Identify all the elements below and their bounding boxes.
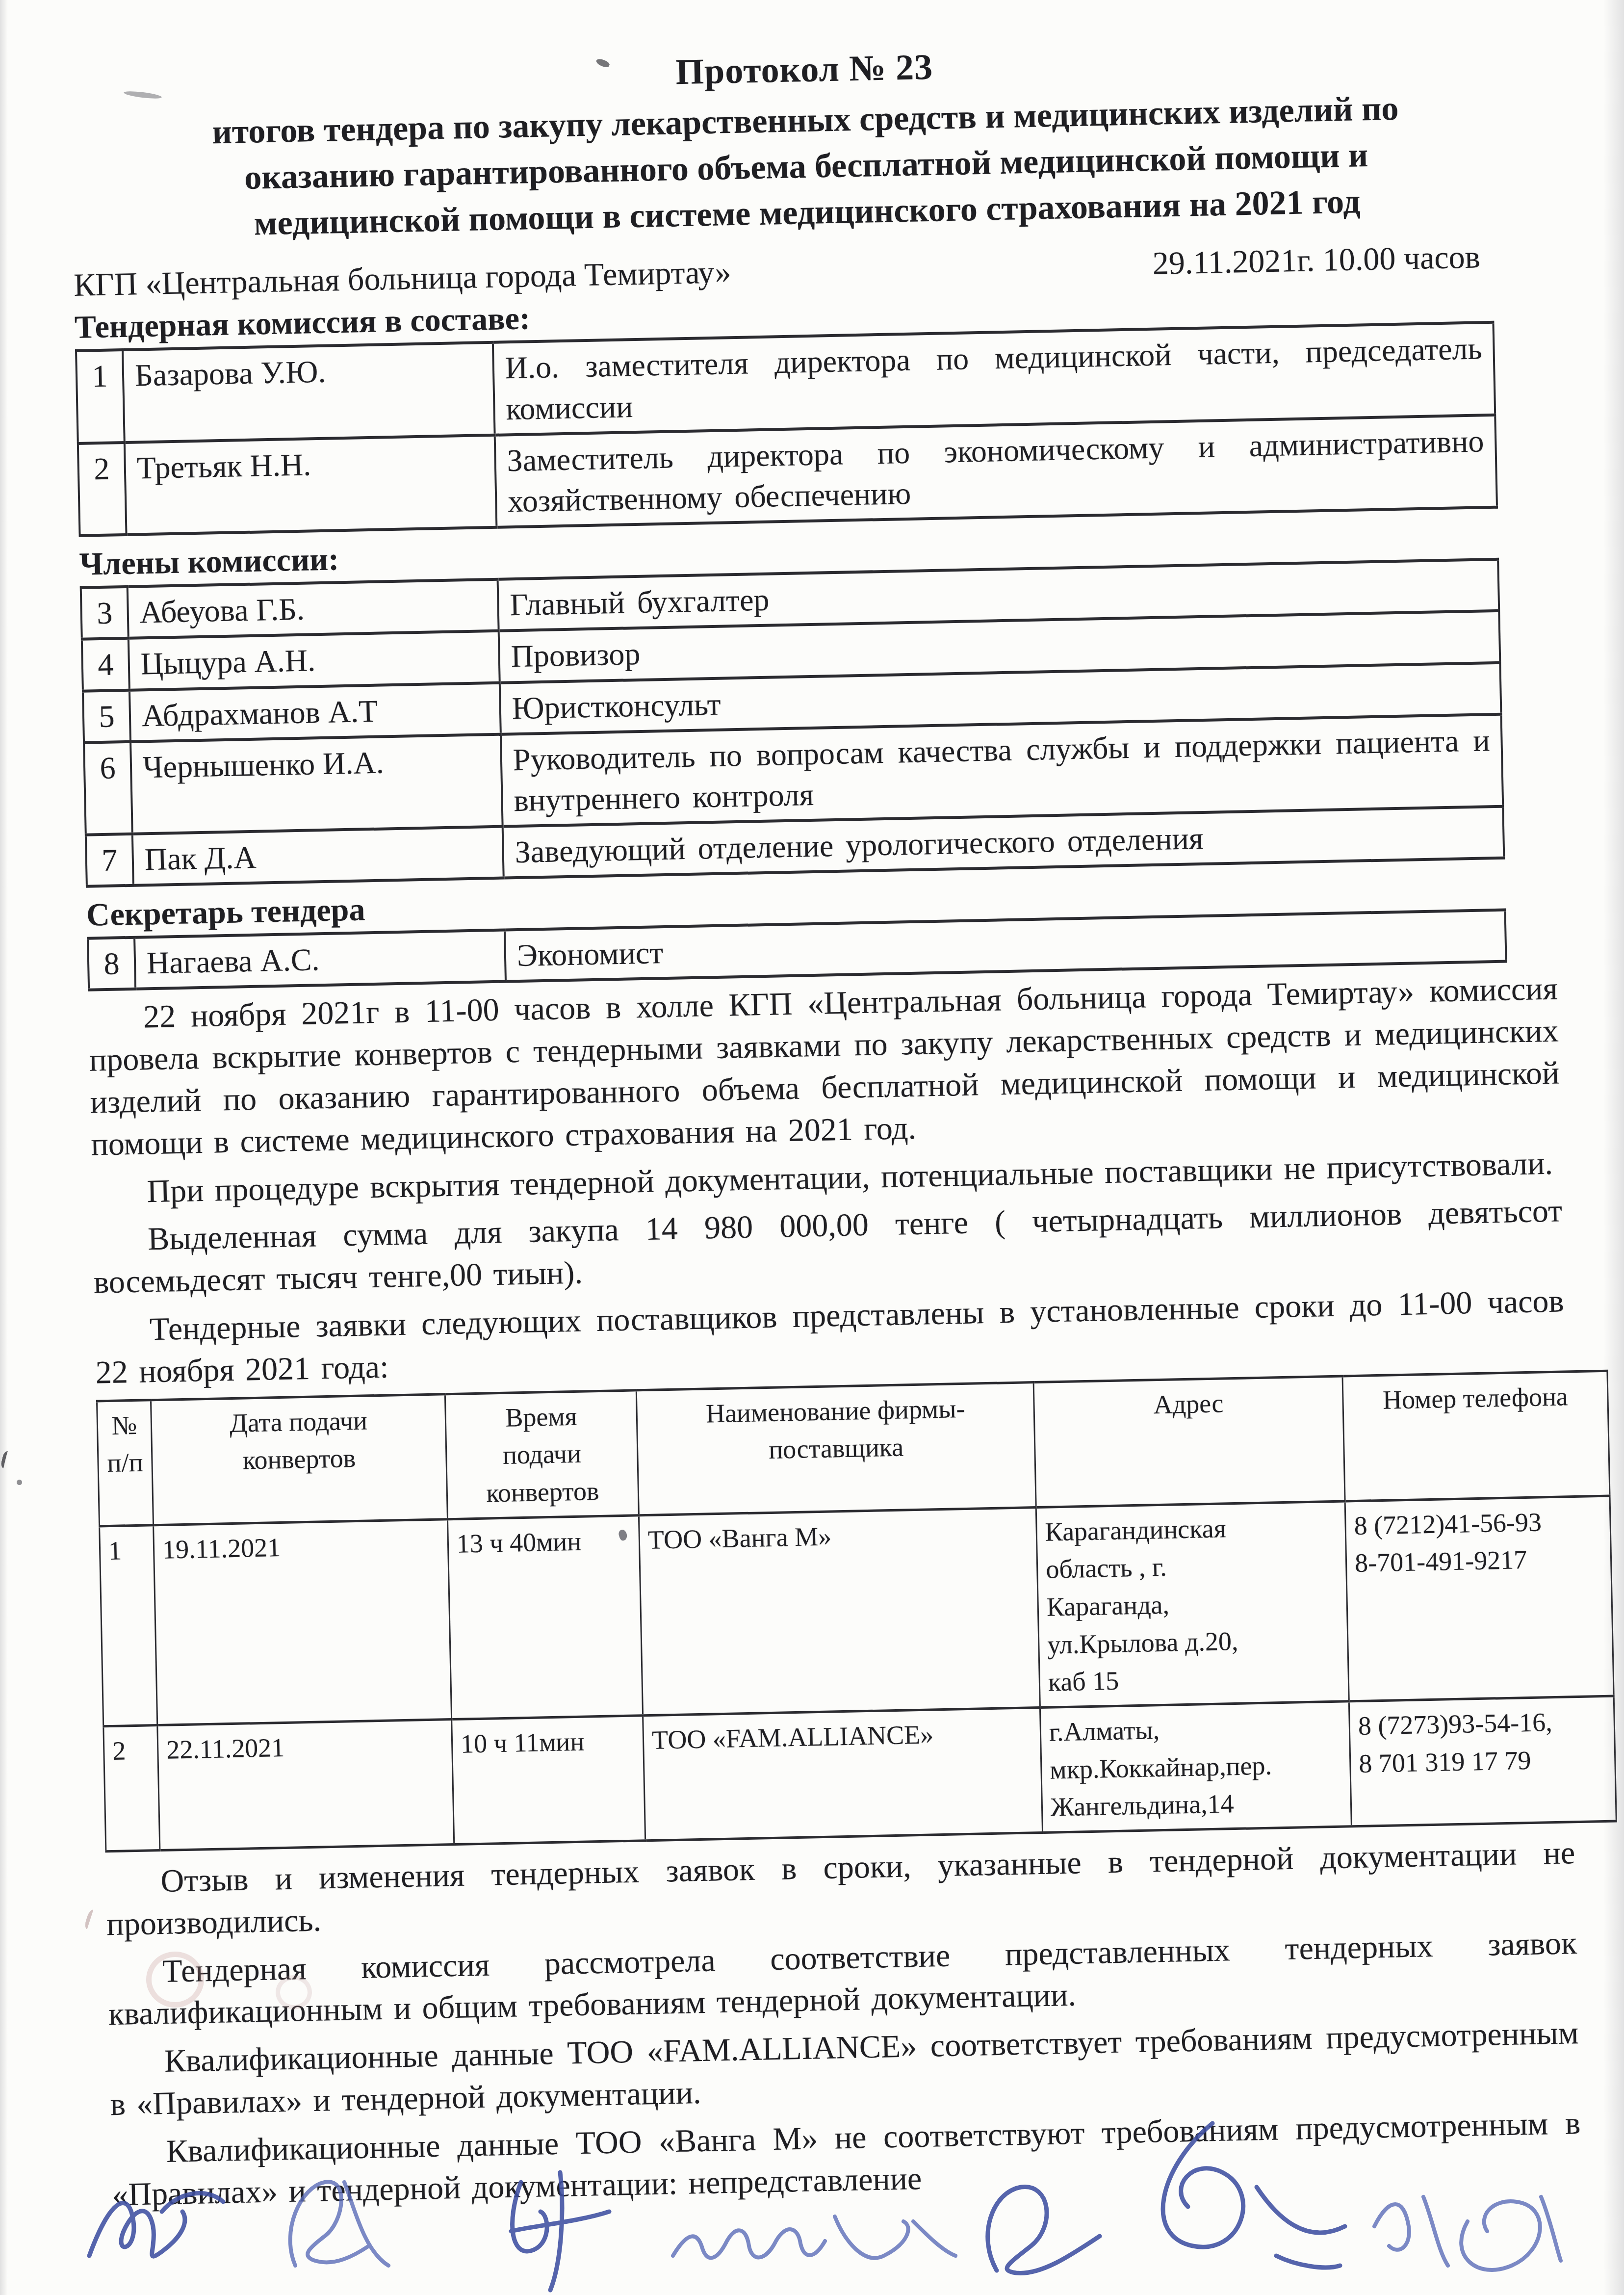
row-number-cell: 3: [81, 587, 129, 639]
supplier-phone-cell: 8 (7273)93-54-16, 8 701 319 17 79: [1349, 1696, 1616, 1826]
supplier-row: 1 19.11.2021 13 ч 40мин ТОО «Ванга М» Ка…: [100, 1496, 1614, 1726]
header-date: Дата подачи конвертов: [151, 1394, 447, 1525]
supplier-firm-cell: ТОО «FAM.ALLIANCE»: [643, 1708, 1043, 1841]
header-time: Время подачи конвертов: [445, 1390, 639, 1519]
supplier-number-cell: 1: [100, 1525, 157, 1726]
scan-dot: [17, 1480, 22, 1485]
supplier-date-cell: 19.11.2021: [154, 1519, 452, 1725]
header-address: Адрес: [1033, 1376, 1345, 1508]
supplier-address-cell: г.Алматы, мкр.Коккайнар,пер. Жангельдина…: [1040, 1701, 1351, 1833]
signature: [89, 2193, 223, 2257]
protocol-datetime: 29.11.2021г. 10.00 часов: [1152, 239, 1481, 283]
member-name-cell: Базарова У.Ю.: [123, 342, 495, 442]
paragraph-opening: 22 ноября 2021г в 11-00 часов в холле КГ…: [88, 968, 1560, 1166]
row-number-cell: 1: [76, 350, 125, 443]
signature: [1374, 2197, 1561, 2270]
member-name-cell: Нагаева А.С.: [134, 930, 506, 989]
header-number: № п/п: [97, 1400, 153, 1526]
members-table: 3 Абеуова Г.Б. Главный бухгалтер 4 Цыцур…: [80, 558, 1505, 888]
member-name-cell: Пак Д.А: [132, 827, 504, 886]
supplier-phone-cell: 8 (7212)41-56-93 8-701-491-9217: [1345, 1496, 1614, 1701]
suppliers-table: № п/п Дата подачи конвертов Время подачи…: [96, 1369, 1617, 1852]
signature: [988, 2187, 1100, 2273]
document-content: Протокол № 23 итогов тендера по закупу л…: [0, 0, 1624, 2217]
signature: [511, 2172, 609, 2290]
supplier-address-cell: Карагандинская область , г. Караганда, у…: [1036, 1501, 1349, 1708]
signature: [1163, 2123, 1345, 2268]
signature: [673, 2217, 955, 2258]
row-number-cell: 8: [88, 938, 135, 990]
supplier-time-cell: 13 ч 40мин: [447, 1515, 643, 1719]
supplier-date-cell: 22.11.2021: [157, 1720, 454, 1851]
supplier-number-cell: 2: [103, 1725, 160, 1852]
scanned-protocol-page: Протокол № 23 итогов тендера по закупу л…: [0, 0, 1624, 2295]
member-name-cell: Цыцура А.Н.: [129, 631, 500, 690]
row-number-cell: 6: [84, 742, 132, 835]
row-number-cell: 4: [82, 638, 129, 691]
stain-ring: [276, 1975, 312, 2009]
member-name-cell: Чернышенко И.А.: [130, 734, 503, 834]
member-name-cell: Третьяк Н.Н.: [125, 435, 497, 535]
row-number-cell: 2: [78, 443, 127, 536]
member-role-cell: Заместитель директора по экономическому …: [495, 415, 1497, 527]
stain-ring: [146, 1952, 204, 2008]
commission-table: 1 Базарова У.Ю. И.о. заместителя директо…: [75, 321, 1498, 537]
supplier-firm-cell: ТОО «Ванга М»: [639, 1507, 1040, 1716]
member-name-cell: Абеуова Г.Б.: [128, 579, 499, 638]
document-subtitle: итогов тендера по закупу лекарственных с…: [85, 83, 1527, 250]
supplier-time-cell: 10 ч 11мин: [452, 1716, 645, 1845]
signature: [290, 2182, 388, 2266]
member-name-cell: Абдрахманов А.Т: [129, 682, 501, 741]
row-number-cell: 7: [86, 834, 133, 887]
signatures-row: [0, 2105, 1624, 2295]
organization-name: КГП «Центральная больница города Темирта…: [74, 254, 732, 304]
header-firm: Наименование фирмы- поставщика: [636, 1382, 1036, 1515]
row-number-cell: 5: [83, 690, 130, 742]
header-phone: Номер телефона: [1342, 1371, 1610, 1501]
